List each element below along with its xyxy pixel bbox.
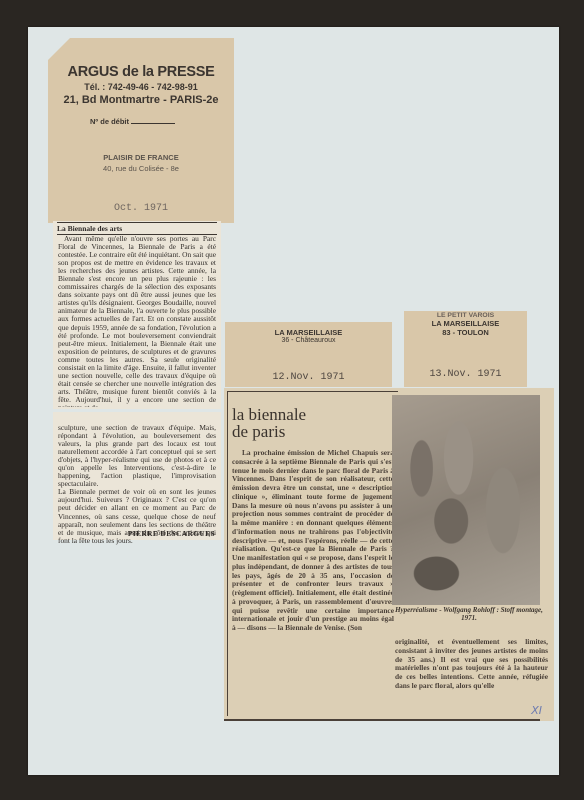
article-la-biennale-de-paris: la biennale de paris La prochaine émissi… <box>224 388 554 721</box>
slip-publication: LA MARSEILLAISE <box>404 319 527 328</box>
agency-address: 21, Bd Montmartre - PARIS-2e <box>48 94 234 106</box>
slip-date: 13.Nov. 1971 <box>404 369 527 380</box>
photo-caption: Hyperréalisme - Wolfgang Rohloff : Stoff… <box>394 606 544 622</box>
slip-publication-top: LE PETIT VAROIS <box>404 312 527 319</box>
argus-press-stamp: ARGUS de la PRESSE Tél. : 742-49-46 - 74… <box>48 38 234 223</box>
article-column-right: originalité, et éventuellement ses limit… <box>395 638 548 691</box>
agency-phone: Tél. : 742-49-46 - 742-98-91 <box>48 82 234 92</box>
title-line: la biennale <box>232 406 306 423</box>
clipping-date: Oct. 1971 <box>48 203 234 214</box>
slip-location: 36 - Châteauroux <box>225 337 392 344</box>
bottom-rule <box>224 719 540 721</box>
slip-publication: LA MARSEILLAISE <box>225 328 392 337</box>
pencil-annotation: XI <box>531 704 542 717</box>
source-slip-toulon: LE PETIT VAROIS LA MARSEILLAISE 83 - TOU… <box>404 311 527 387</box>
artwork-photo <box>392 395 540 605</box>
publication-address: 40, rue du Colisée - 8e <box>48 164 234 173</box>
slip-date: 12.Nov. 1971 <box>225 372 392 383</box>
publication-name: PLAISIR DE FRANCE <box>48 153 234 162</box>
slip-location: 83 - TOULON <box>404 328 527 337</box>
debit-label: Nº de débit <box>90 117 129 126</box>
debit-field: Nº de débit <box>90 117 175 126</box>
article-biennale-des-arts: La Biennale des arts Avant même qu'elle … <box>53 221 221 540</box>
article-paragraph: Avant même qu'elle n'ouvre ses portes au… <box>58 235 216 407</box>
article-headline: La Biennale des arts <box>57 222 217 235</box>
article-author: PIERRE DESCARGUES <box>128 529 215 538</box>
title-line: de paris <box>232 423 306 440</box>
article-paragraph: sculpture, une section de travaux d'équi… <box>58 424 216 488</box>
debit-blank-line <box>131 123 175 124</box>
article-body: Avant même qu'elle n'ouvre ses portes au… <box>58 235 216 545</box>
clipping-cut <box>53 409 221 412</box>
agency-name: ARGUS de la PRESSE <box>48 64 234 80</box>
article-title: la biennale de paris <box>232 406 306 440</box>
article-column-left: La prochaine émission de Michel Chapuis … <box>232 449 394 633</box>
source-slip-chateauroux: LA MARSEILLAISE 36 - Châteauroux 12.Nov.… <box>225 322 392 387</box>
